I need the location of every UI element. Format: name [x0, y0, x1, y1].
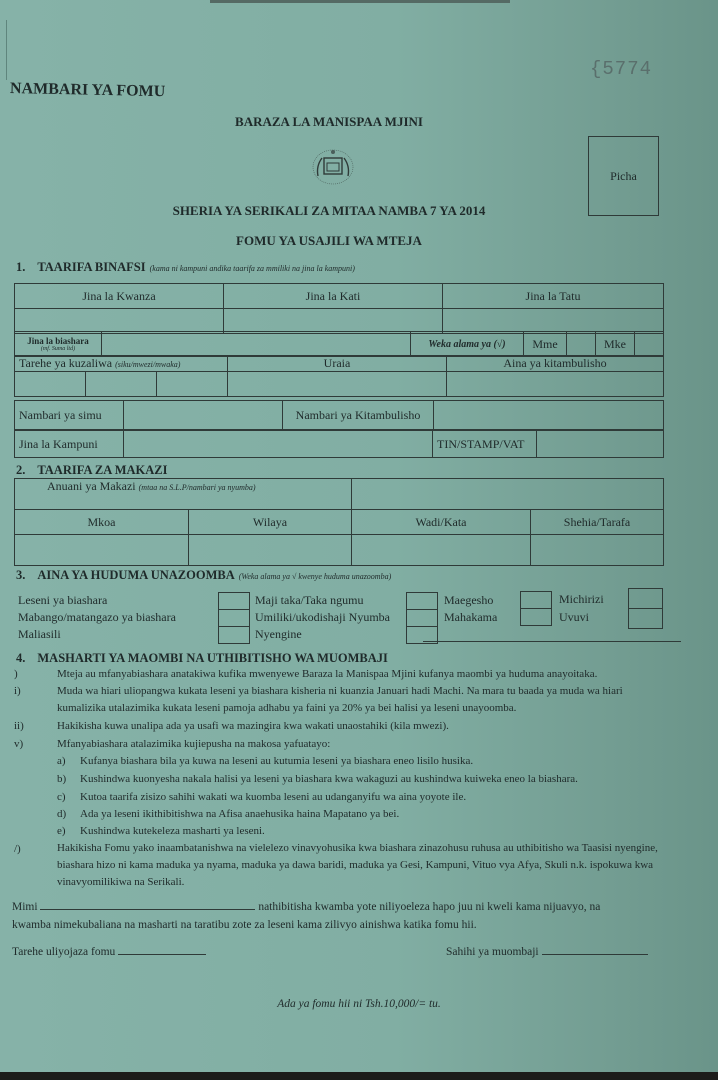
middle-name-field[interactable] [224, 309, 443, 334]
offence-marker: b) [57, 773, 66, 785]
condition-item: Mteja au mfanyabiashara anatakiwa kufika… [57, 666, 677, 683]
service-label: Uvuvi [559, 610, 589, 625]
condition-item: Hakikisha Fomu yako inaambatanishwa na v… [57, 840, 669, 891]
id-type-field[interactable] [447, 372, 664, 397]
service-label: Maji taka/Taka ngumu [255, 593, 363, 608]
service-checkbox[interactable] [520, 608, 552, 626]
service-checkbox[interactable] [628, 588, 663, 609]
form-number-label: NAMBARI YA FOMU [10, 80, 166, 101]
region-field[interactable] [15, 535, 189, 566]
condition-item: Mfanyabiashara atalazimika kujiepusha na… [57, 736, 677, 753]
offence-marker: a) [57, 755, 66, 767]
id-number-label: Nambari ya Kitambulisho [283, 401, 434, 430]
tin-field[interactable] [537, 431, 664, 458]
mark-label: Weka alama ya (√) [411, 332, 524, 357]
date-filled-field[interactable] [118, 944, 206, 955]
section2-heading: 2.TAARIFA ZA MAKAZI [16, 463, 167, 478]
region-label: Mkoa [15, 510, 189, 535]
signature-field[interactable] [542, 944, 648, 955]
condition-item: Muda wa hiari uliopangwa kukata leseni y… [57, 683, 669, 717]
section4-heading: 4.MASHARTI YA MAOMBI NA UTHIBITISHO WA M… [16, 651, 388, 666]
section3-heading: 3.AINA YA HUDUMA UNAZOOMBA(Weka alama ya… [16, 568, 391, 583]
offence-marker: e) [57, 825, 66, 837]
dob-year-field[interactable] [157, 372, 228, 397]
item-marker: i) [14, 685, 21, 697]
company-table: Jina la Kampuni TIN/STAMP/VAT [14, 430, 664, 458]
coat-of-arms-icon [310, 146, 356, 186]
company-name-label: Jina la Kampuni [15, 431, 124, 458]
middle-name-label: Jina la Kati [224, 284, 443, 309]
condition-item: Hakikisha kuwa unalipa ada ya usafi wa m… [57, 718, 677, 735]
date-filled-row: Tarehe uliyojaza fomu [12, 944, 206, 961]
female-checkbox[interactable] [635, 332, 664, 357]
page-edge [6, 20, 7, 80]
male-checkbox[interactable] [567, 332, 596, 357]
address-label: Anuani ya Makazi (mtaa na S.L.P/nambari … [15, 479, 352, 510]
company-name-field[interactable] [124, 431, 433, 458]
law-title: SHERIA YA SERIKALI ZA MITAA NAMBA 7 YA 2… [0, 203, 688, 219]
business-gender-table: Jina la biashara (mf. Suma ltd) Weka ala… [14, 331, 664, 357]
page-top-shadow [210, 0, 510, 3]
service-checkbox[interactable] [406, 609, 438, 627]
service-checkbox[interactable] [628, 608, 663, 629]
service-label: Leseni ya biashara [18, 593, 107, 608]
declaration-line2: kwamba nimekubaliana na masharti na tara… [12, 917, 692, 934]
last-name-label: Jina la Tatu [443, 284, 664, 309]
form-title: FOMU YA USAJILI WA MTEJA [0, 233, 688, 249]
service-checkbox[interactable] [218, 592, 250, 610]
section1-heading: 1.TAARIFA BINAFSI(kama ni kampuni andika… [16, 260, 355, 275]
declaration-line1: Mimi nathibitisha kwamba yote niliyoelez… [12, 899, 692, 916]
service-label: Maliasili [18, 627, 61, 642]
divider [423, 641, 681, 642]
offence-item: Kutoa taarifa zisizo sahihi wakati wa ku… [80, 789, 680, 806]
male-label: Mme [524, 332, 567, 357]
services-list: Leseni ya biashara Mabango/matangazo ya … [18, 590, 668, 642]
phone-label: Nambari ya simu [15, 401, 124, 430]
id-type-label: Aina ya kitambulisho [447, 356, 664, 372]
service-checkbox[interactable] [218, 609, 250, 627]
page-bottom-shadow [0, 1072, 718, 1080]
personal-info-table: Jina la Kwanza Jina la Kati Jina la Tatu [14, 283, 664, 334]
nationality-label: Uraia [228, 356, 447, 372]
offence-item: Kushindwa kuonyesha nakala halisi ya les… [80, 771, 680, 788]
contact-table: Nambari ya simu Nambari ya Kitambulisho [14, 400, 664, 430]
form-number-value: {5774 [590, 58, 652, 80]
district-field[interactable] [188, 535, 351, 566]
item-marker: ii) [14, 720, 24, 732]
item-marker: /) [14, 843, 21, 855]
nationality-field[interactable] [228, 372, 447, 397]
dob-day-field[interactable] [15, 372, 86, 397]
service-label: Mabango/matangazo ya biashara [18, 610, 176, 625]
offence-item: Kushindwa kutekeleza masharti ya leseni. [80, 823, 680, 840]
item-marker: v) [14, 738, 23, 750]
residence-table: Anuani ya Makazi (mtaa na S.L.P/nambari … [14, 478, 664, 566]
signature-row: Sahihi ya muombaji [446, 944, 648, 961]
service-label: Mahakama [444, 610, 497, 625]
offence-item: Kufanya biashara bila ya kuwa na leseni … [80, 753, 680, 770]
ward-label: Wadi/Kata [352, 510, 531, 535]
item-marker: ) [14, 668, 18, 680]
service-label: Umiliki/ukodishaji Nyumba [255, 610, 390, 625]
fee-note: Ada ya fomu hii ni Tsh.10,000/= tu. [0, 998, 718, 1010]
phone-field[interactable] [124, 401, 283, 430]
tin-label: TIN/STAMP/VAT [433, 431, 537, 458]
first-name-label: Jina la Kwanza [15, 284, 224, 309]
district-label: Wilaya [188, 510, 351, 535]
applicant-name-field[interactable] [40, 899, 255, 910]
dob-month-field[interactable] [86, 372, 157, 397]
last-name-field[interactable] [443, 309, 664, 334]
first-name-field[interactable] [15, 309, 224, 334]
ward-field[interactable] [352, 535, 531, 566]
service-label: Maegesho [444, 593, 493, 608]
council-title: BARAZA LA MANISPAA MJINI [0, 114, 688, 130]
business-name-label: Jina la biashara (mf. Suma ltd) [15, 332, 102, 357]
service-checkbox[interactable] [520, 591, 552, 609]
offence-marker: d) [57, 808, 66, 820]
offence-item: Ada ya leseni ikithibitishwa na Afisa an… [80, 806, 680, 823]
address-field[interactable] [352, 479, 664, 510]
service-label: Michirizi [559, 592, 604, 607]
id-number-field[interactable] [434, 401, 664, 430]
shehia-field[interactable] [531, 535, 664, 566]
female-label: Mke [596, 332, 635, 357]
business-name-field[interactable] [102, 332, 411, 357]
service-label: Nyengine [255, 627, 302, 642]
dob-label: Tarehe ya kuzaliwa (siku/mwezi/mwaka) [15, 356, 228, 372]
dob-nationality-table: Tarehe ya kuzaliwa (siku/mwezi/mwaka) Ur… [14, 355, 664, 397]
shehia-label: Shehia/Tarafa [531, 510, 664, 535]
service-checkbox[interactable] [406, 592, 438, 610]
photo-label: Picha [610, 169, 637, 184]
offence-marker: c) [57, 791, 66, 803]
service-checkbox[interactable] [218, 626, 250, 644]
